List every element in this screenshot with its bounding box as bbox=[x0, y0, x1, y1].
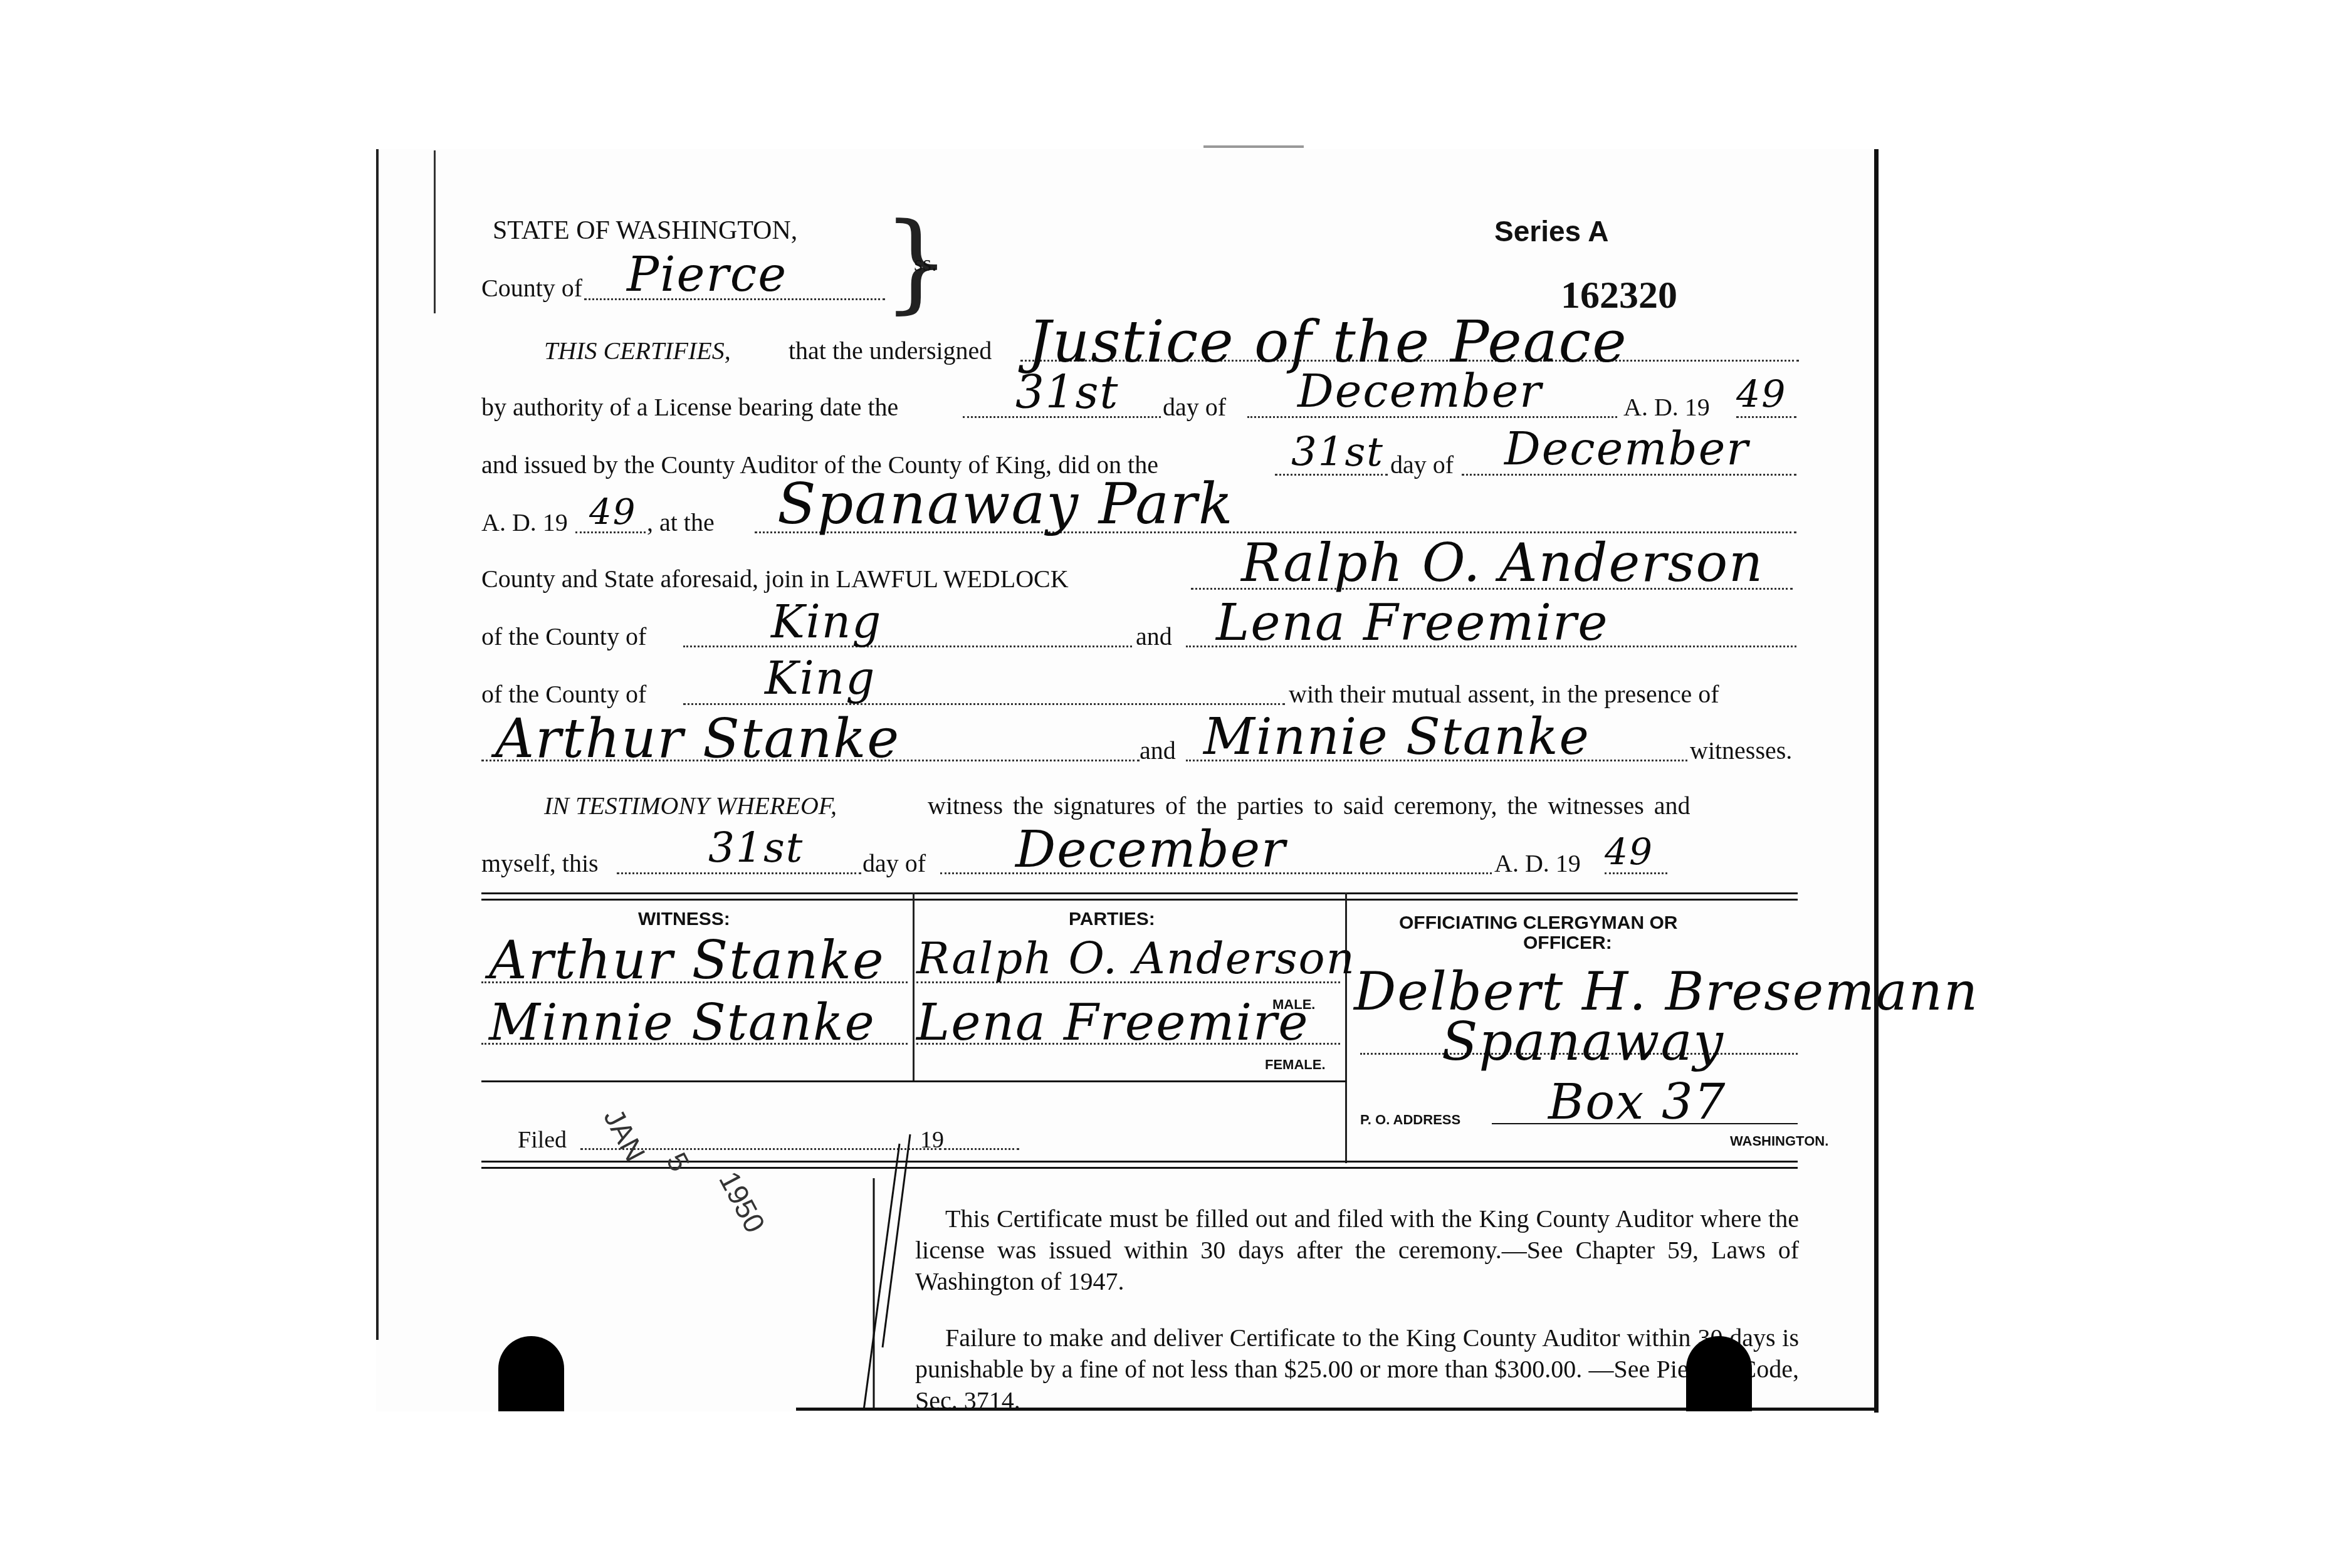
punch-hole-right bbox=[1686, 1336, 1752, 1411]
punch-hole-left bbox=[498, 1336, 564, 1411]
notice-filing-deadline: This Certificate must be filled out and … bbox=[915, 1203, 1799, 1297]
notice-penalty: Failure to make and deliver Certificate … bbox=[915, 1322, 1799, 1416]
